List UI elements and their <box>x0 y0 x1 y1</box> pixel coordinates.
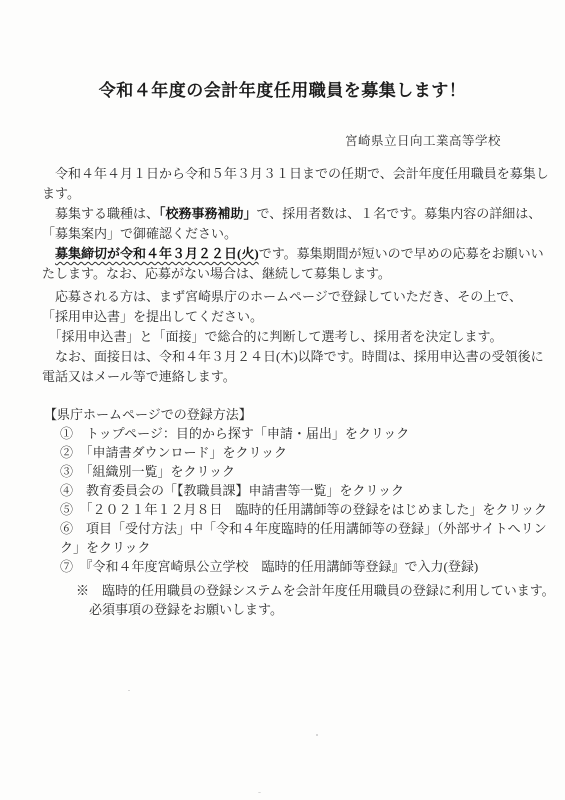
paragraph: 「採用申込書」と「面接」で総合的に判断して選考し、採用者を決定します。 <box>42 327 554 347</box>
scan-speck <box>316 734 318 736</box>
step-item: ① トップページ：目的から探す「申請・届出」をクリック <box>60 424 560 443</box>
step-item: ⑥ 項目「受付方法」中「令和４年度臨時的任用講師等の登録」（外部サイトへリン ク… <box>60 519 560 557</box>
footnote: ※ 臨時的任用職員の登録システムを会計年度任用職員の登録に利用しています。 必須… <box>76 581 556 619</box>
paragraph: 募集締切が令和４年３月２２日(火)です。募集期間が短いので早めの応募をお願いい … <box>42 244 554 284</box>
step-item: ⑦ 『令和４年度宮崎県公立学校 臨時的任用講師等登録』で入力(登録) <box>60 557 560 576</box>
paragraph: 令和４年４月１日から令和５年３月３１日までの任期で、会計年度任用職員を募集し ま… <box>42 164 554 204</box>
intro-paragraphs: 令和４年４月１日から令和５年３月３１日までの任期で、会計年度任用職員を募集し ま… <box>42 164 554 284</box>
step-item: ② 「申請書ダウンロード」をクリック <box>60 443 560 462</box>
step-item: ④ 教育委員会の「【教職員課】申請書等一覧」をクリック <box>60 481 560 500</box>
step-item: ⑤ 「２０２１年１２月８日 臨時的任用講師等の登録をはじめました」をクリック <box>60 500 560 519</box>
registration-method-heading: 【県庁ホームページでの登録方法】 <box>44 404 252 423</box>
scan-speck <box>258 792 261 793</box>
step-item: ③ 「組織別一覧」をクリック <box>60 462 560 481</box>
registration-steps: ① トップページ：目的から探す「申請・届出」をクリック② 「申請書ダウンロード」… <box>60 424 560 576</box>
paragraph: 応募される方は、まず宮崎県庁のホームページで登録していただき、その上で、 「採用… <box>42 287 554 327</box>
application-paragraphs: 応募される方は、まず宮崎県庁のホームページで登録していただき、その上で、 「採用… <box>42 287 554 387</box>
document-page: 令和４年度の会計年度任用職員を募集します！ 宮崎県立日向工業高等学校 令和４年４… <box>0 0 565 800</box>
page-title: 令和４年度の会計年度任用職員を募集します！ <box>0 76 565 101</box>
school-name: 宮崎県立日向工業高等学校 <box>345 131 501 149</box>
paragraph: なお、面接日は、令和４年３月２４日(木)以降です。時間は、採用申込書の受領後に … <box>42 347 554 387</box>
scan-speck <box>128 690 130 691</box>
paragraph: 募集する職種は、「校務事務補助」で、採用者数は、１名です。募集内容の詳細は、 「… <box>42 204 554 244</box>
